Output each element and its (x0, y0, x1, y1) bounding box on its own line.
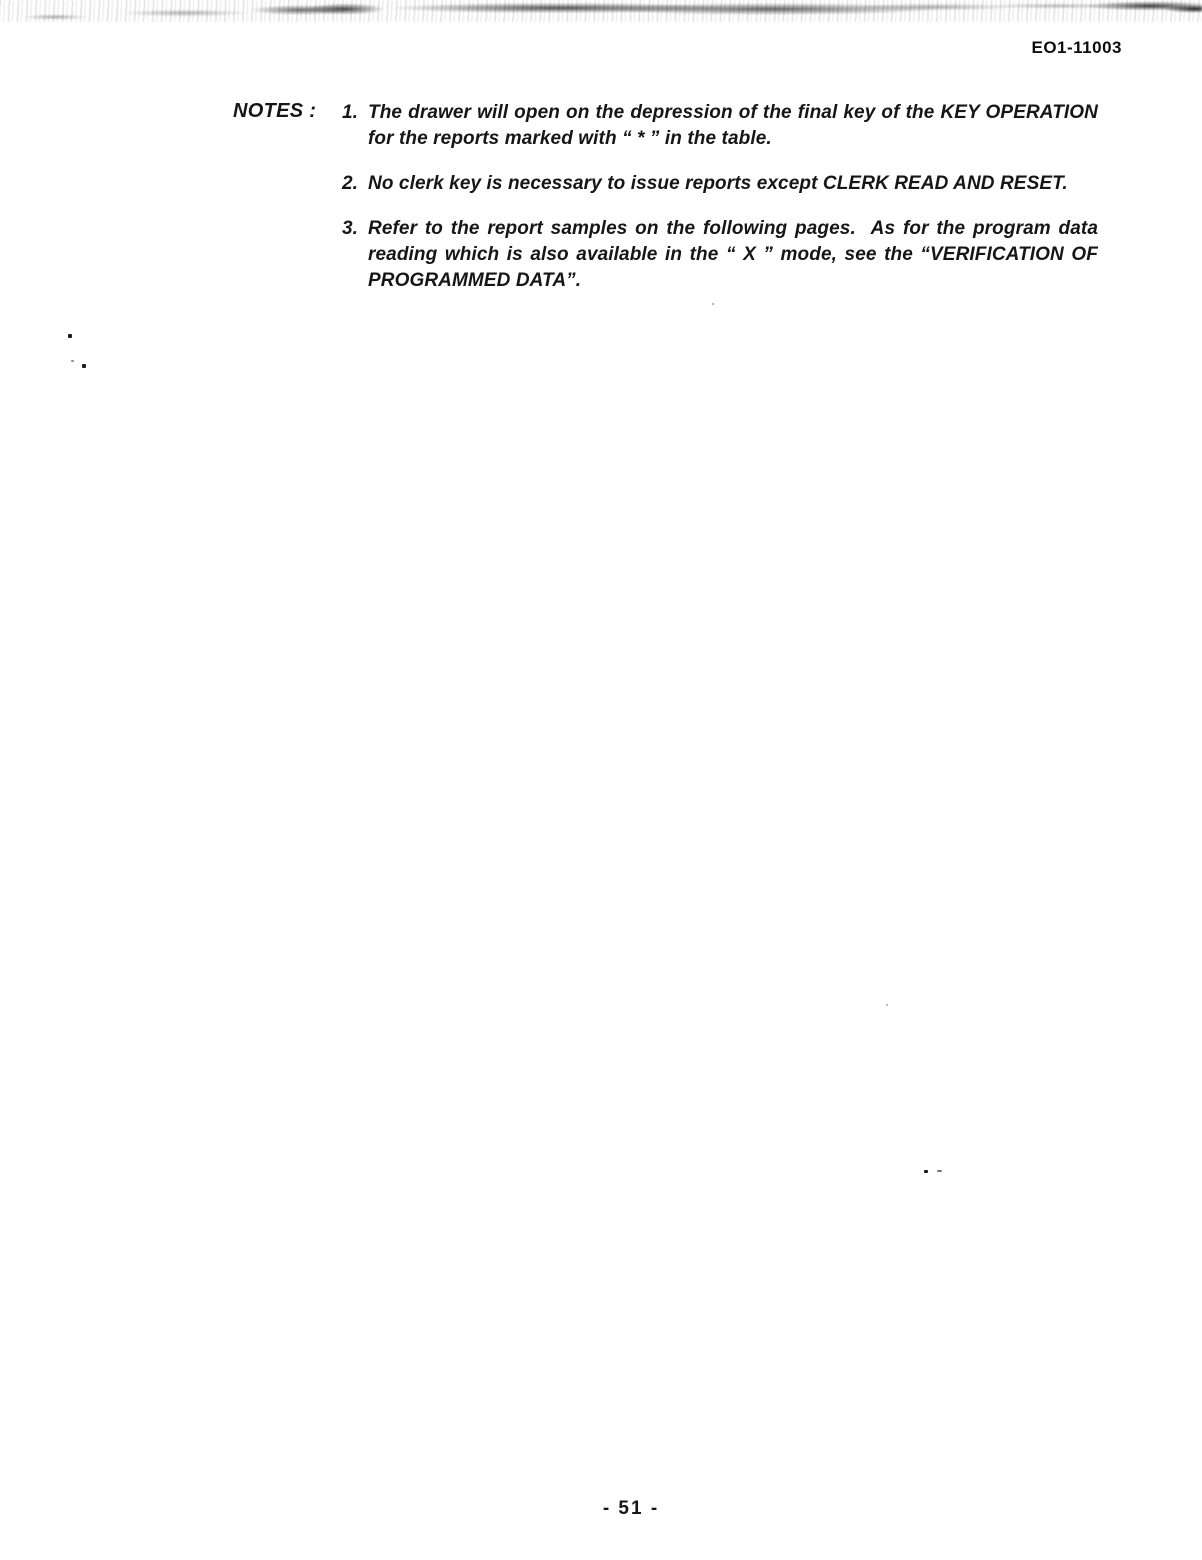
scan-speck (937, 1170, 942, 1172)
notes-section: NOTES : 1. The drawer will open on the d… (233, 100, 1098, 294)
note-item-3: 3. Refer to the report samples on the fo… (342, 216, 1098, 294)
notes-label: NOTES : (233, 100, 342, 123)
scan-speck (712, 303, 714, 305)
scan-speck (886, 1004, 888, 1006)
note-text: Refer to the report samples on the follo… (368, 216, 1098, 294)
note-item-1: 1. The drawer will open on the depressio… (342, 100, 1098, 152)
scan-speck (71, 360, 74, 362)
note-text: The drawer will open on the depression o… (368, 100, 1098, 152)
scan-speck (82, 364, 86, 368)
notes-list: 1. The drawer will open on the depressio… (342, 100, 1098, 294)
page-number: - 51 - (0, 1498, 1202, 1520)
note-item-2: 2. No clerk key is necessary to issue re… (342, 171, 1098, 197)
scan-speck (924, 1170, 928, 1173)
note-text: No clerk key is necessary to issue repor… (368, 171, 1098, 197)
scan-speck (68, 334, 72, 338)
note-number: 3. (342, 216, 368, 242)
document-page: EO1-11003 NOTES : 1. The drawer will ope… (0, 0, 1202, 1560)
scan-noise-band (0, 0, 1202, 22)
note-number: 2. (342, 171, 368, 197)
note-number: 1. (342, 100, 368, 126)
doc-code: EO1-11003 (1031, 38, 1122, 58)
